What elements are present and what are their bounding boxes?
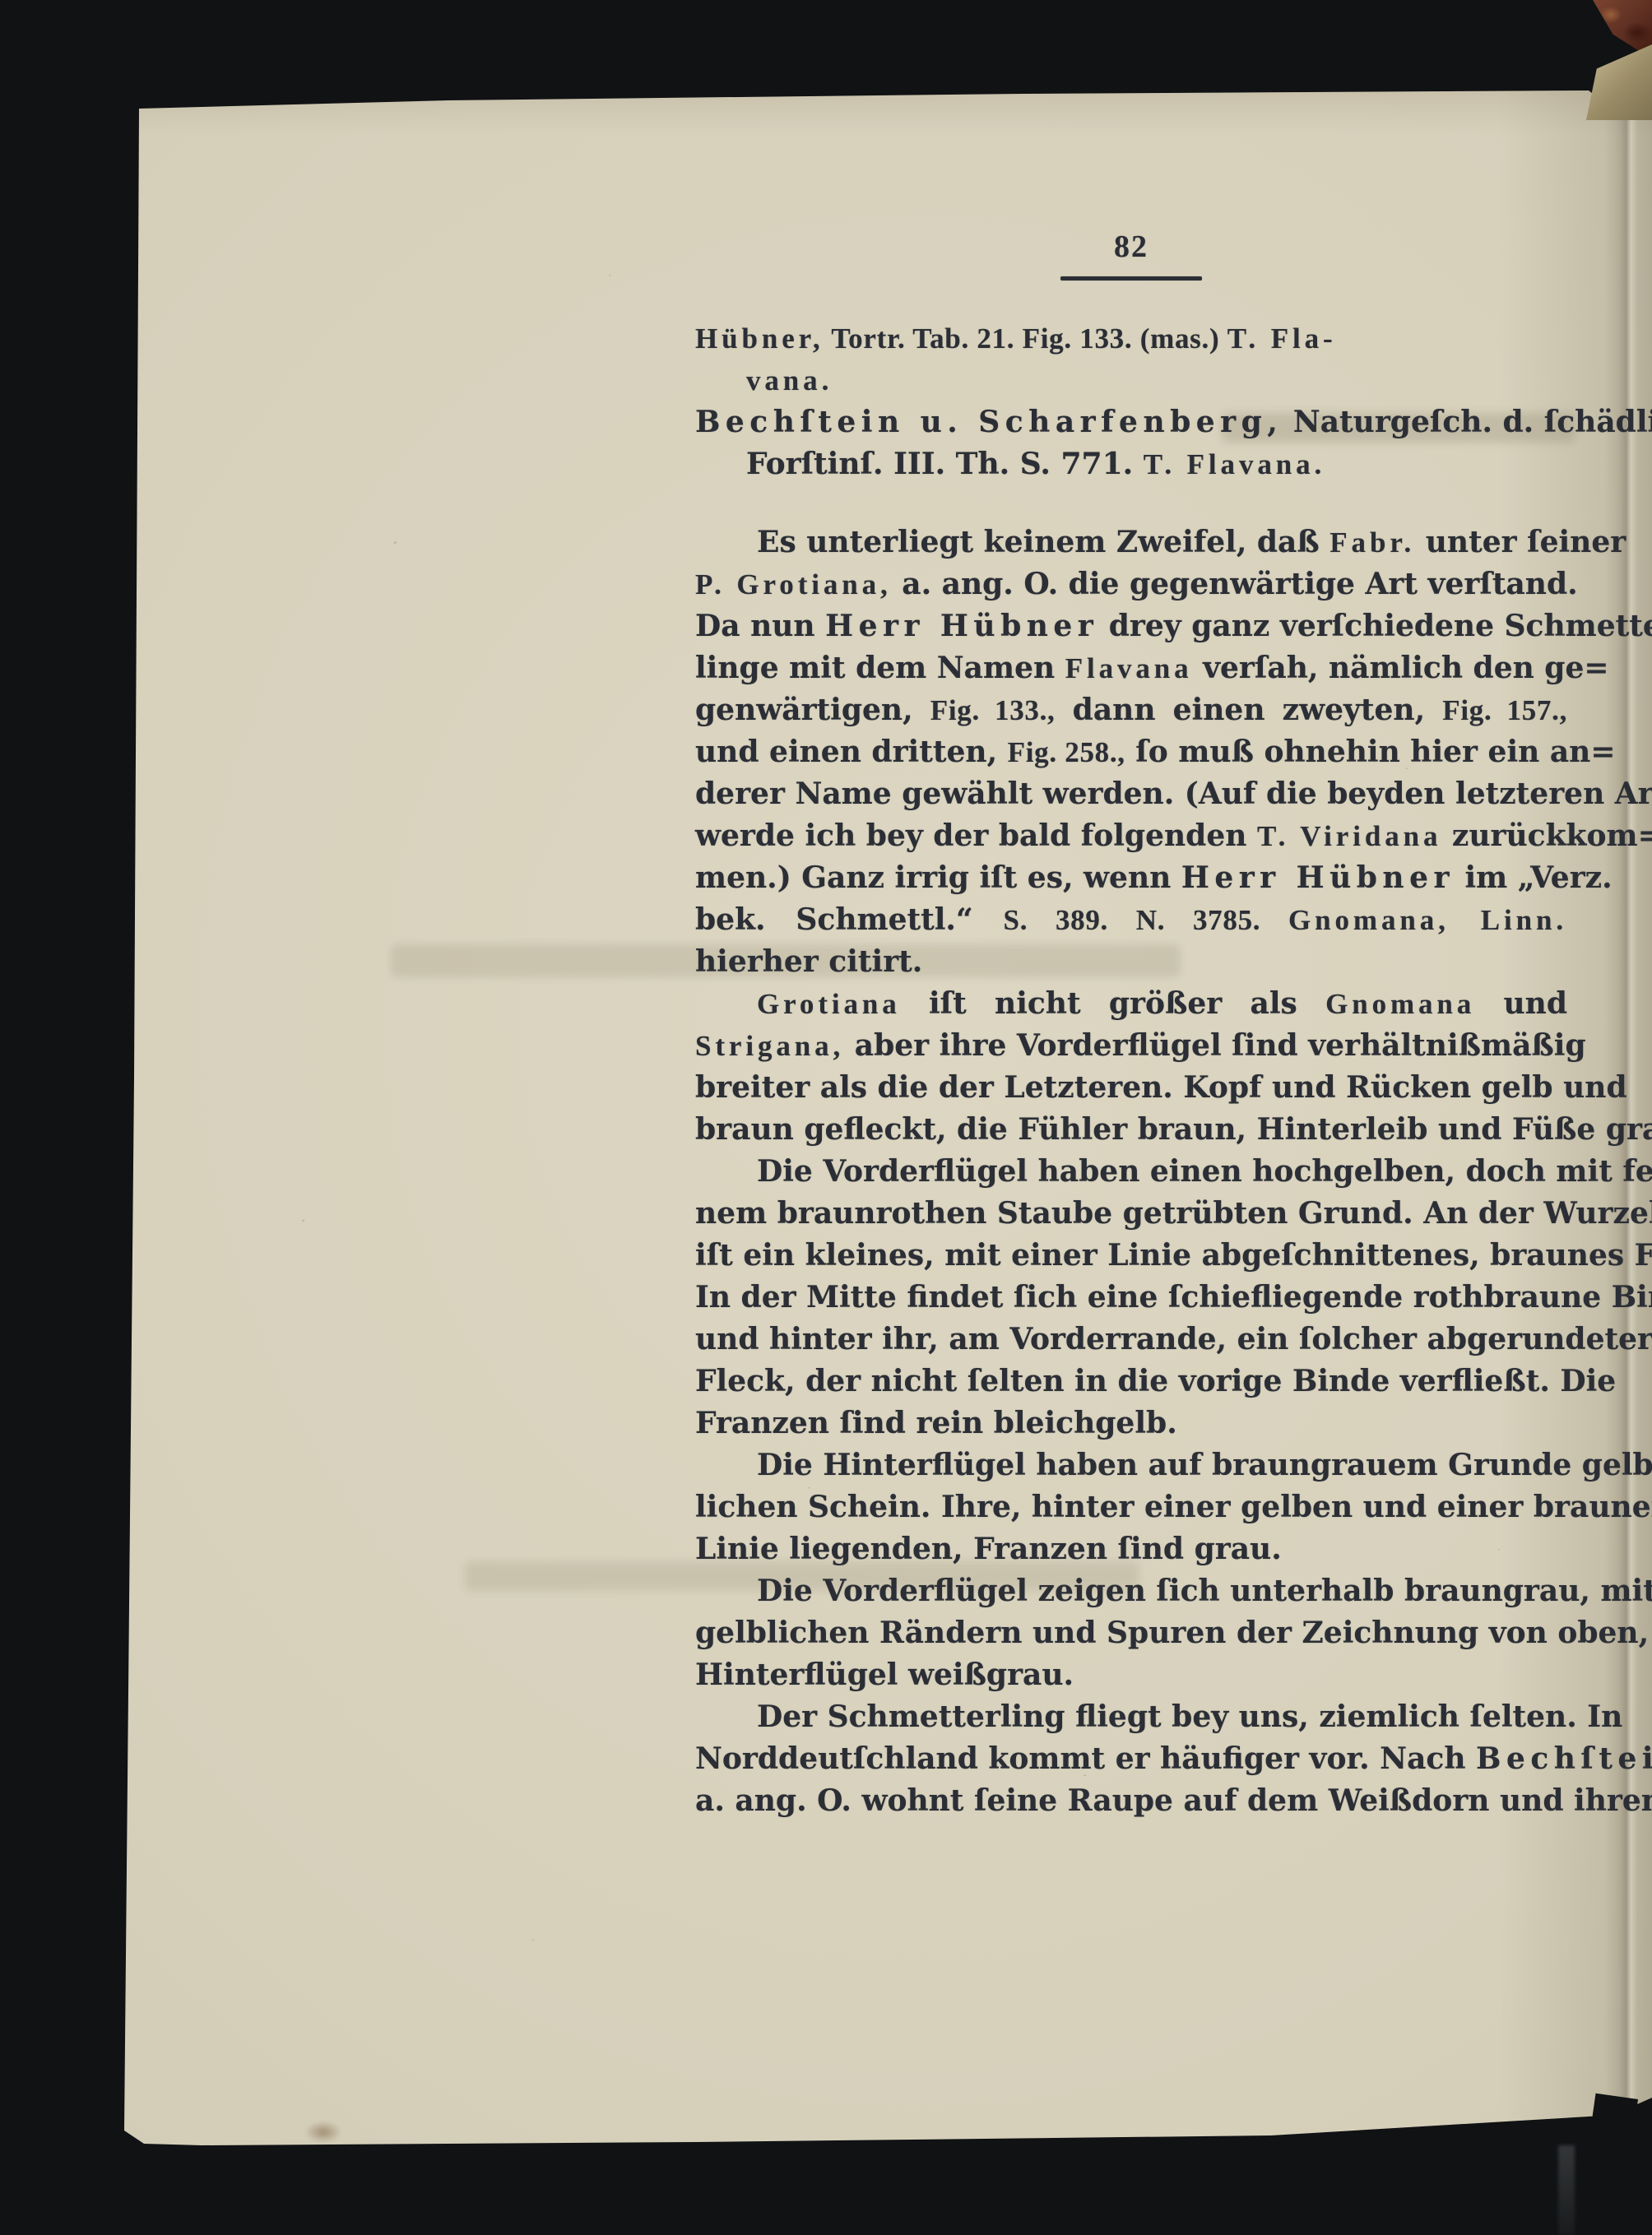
text-line: gelblichen Rändern und Spuren der Zeichn…	[695, 1612, 1567, 1654]
page-number: 82	[1114, 230, 1149, 264]
text-line: und einen dritten, Fig. 258., ſo muß ohn…	[695, 731, 1567, 773]
text-segment: S. 389. N. 3785.	[1004, 904, 1288, 936]
text-segment: nem braunrothen Staube getrübten Grund. …	[695, 1196, 1652, 1231]
text-segment: Es unterliegt keinem Zweifel, daß	[757, 525, 1329, 559]
text-line: Norddeutſchland kommt er häufiger vor. N…	[695, 1738, 1567, 1780]
text-line: Die Vorderflügel zeigen ſich unterhalb b…	[695, 1570, 1567, 1612]
text-segment: Bechſtein,	[1476, 1741, 1652, 1776]
text-segment: linge mit dem Namen	[695, 651, 1065, 685]
text-line: lichen Schein. Ihre, hinter einer gelben…	[695, 1486, 1567, 1528]
text-segment: werde ich bey der bald folgenden	[695, 818, 1257, 853]
text-segment: braun gefleckt, die Fühler braun, Hinter…	[695, 1112, 1652, 1147]
text-line: Hübner, Tortr. Tab. 21. Fig. 133. (mas.)…	[695, 318, 1567, 359]
text-segment: Herr Hübner	[825, 609, 1098, 643]
reference-header: Hübner, Tortr. Tab. 21. Fig. 133. (mas.)…	[695, 318, 1567, 485]
text-segment: Naturgeſch. d. ſchädlichen	[1283, 405, 1652, 439]
text-segment: derer Name gewählt werden. (Auf die beyd…	[695, 777, 1652, 811]
text-line: Bechſtein u. Scharfenberg, Naturgeſch. d…	[695, 401, 1567, 443]
text-segment: P. Grotiana,	[695, 568, 892, 600]
text-segment: Hübner,	[695, 322, 824, 355]
fore-edge-wedge	[1586, 44, 1652, 120]
text-line: Franzen ſind rein bleichgelb.	[695, 1403, 1567, 1444]
page-paper: 82 Hübner, Tortr. Tab. 21. Fig. 133. (ma…	[119, 90, 1652, 2145]
text-line: Da nun Herr Hübner drey ganz verſchieden…	[695, 605, 1567, 647]
text-segment: aber ihre Vorderflügel ſind verhältnißmä…	[844, 1028, 1585, 1063]
bottom-page-streak	[1558, 2145, 1575, 2235]
text-segment: Die Vorderflügel haben einen hochgelben,…	[757, 1154, 1652, 1189]
text-line: Fleck, der nicht ſelten in die vorige Bi…	[695, 1361, 1567, 1403]
text-line: werde ich bey der bald folgenden T. Viri…	[695, 815, 1567, 857]
text-segment: iſt nicht größer als	[901, 986, 1325, 1021]
text-segment: iſt ein kleines, mit einer Linie abgeſch…	[695, 1238, 1652, 1273]
text-segment: hierher citirt.	[695, 944, 922, 979]
text-line: und hinter ihr, am Vorderrande, ein ſolc…	[695, 1319, 1567, 1361]
text-segment: Der Schmetterling fliegt bey uns, ziemli…	[757, 1699, 1622, 1734]
text-segment: und	[1475, 986, 1567, 1021]
text-line: genwärtigen, Fig. 133., dann einen zweyt…	[695, 689, 1567, 731]
text-segment: Norddeutſchland kommt er häufiger vor. N…	[695, 1741, 1476, 1776]
text-segment: Die Hinterflügel haben auf braungrauem G…	[757, 1448, 1652, 1482]
text-segment: gelblichen Rändern und Spuren der Zeichn…	[695, 1616, 1652, 1650]
scanned-book-page: { "colors":{"paper":"#d7d1bc","ink":"#2b…	[0, 0, 1652, 2235]
text-segment: T. Fla-	[1227, 322, 1337, 355]
text-line: iſt ein kleines, mit einer Linie abgeſch…	[695, 1235, 1567, 1277]
text-line: Die Hinterflügel haben auf braungrauem G…	[695, 1444, 1567, 1486]
text-segment: Linie liegenden, Franzen ſind grau.	[695, 1532, 1282, 1566]
text-segment: Die Vorderflügel zeigen ſich unterhalb b…	[757, 1574, 1652, 1608]
text-line: vana.	[695, 359, 1567, 401]
text-segment: lichen Schein. Ihre, hinter einer gelben…	[695, 1490, 1652, 1524]
text-segment: ſo muß ohnehin hier ein an=	[1125, 735, 1616, 769]
text-line: P. Grotiana, a. ang. O. die gegenwärtige…	[695, 563, 1567, 605]
text-segment: breiter als die der Letzteren. Kopf und …	[695, 1070, 1627, 1105]
gutter-shadow-notch	[1587, 2094, 1638, 2161]
text-segment: Forſtinſ. III. Th. S. 771.	[746, 447, 1144, 481]
text-segment: dann einen zweyten,	[1056, 693, 1443, 727]
text-line: Der Schmetterling fliegt bey uns, ziemli…	[695, 1696, 1567, 1738]
text-segment: Fabr.	[1329, 526, 1415, 559]
text-line: Grotiana iſt nicht größer als Gnomana un…	[695, 983, 1567, 1025]
text-segment: und hinter ihr, am Vorderrande, ein ſolc…	[695, 1322, 1652, 1356]
text-line: Es unterliegt keinem Zweifel, daß Fabr. …	[695, 522, 1567, 563]
text-line: Hinterflügel weißgrau.	[695, 1654, 1567, 1696]
text-segment: im „Verz.	[1455, 860, 1613, 895]
text-line: In der Mitte findet ſich eine ſchieflieg…	[695, 1277, 1567, 1319]
text-segment: T. Viridana	[1257, 820, 1441, 852]
text-segment: a. ang. O. wohnt ſeine Raupe auf dem Wei…	[695, 1783, 1652, 1818]
text-segment: Fig. 157.,	[1442, 694, 1567, 726]
text-segment: drey ganz verſchiedene Schmetter=	[1098, 609, 1652, 643]
text-line: Forſtinſ. III. Th. S. 771. T. Flavana.	[695, 443, 1567, 485]
text-line: breiter als die der Letzteren. Kopf und …	[695, 1067, 1567, 1109]
text-segment: Gnomana, Linn.	[1288, 904, 1567, 936]
text-segment: Franzen ſind rein bleichgelb.	[695, 1406, 1177, 1440]
text-segment: Strigana,	[695, 1030, 844, 1062]
text-segment: Tortr. Tab. 21. Fig. 133. (mas.)	[824, 322, 1227, 355]
text-line: braun gefleckt, die Fühler braun, Hinter…	[695, 1109, 1567, 1151]
text-segment: und einen dritten,	[695, 735, 1008, 769]
text-segment: Grotiana	[757, 988, 901, 1020]
body-text: Es unterliegt keinem Zweifel, daß Fabr. …	[695, 522, 1567, 1822]
text-segment: Da nun	[695, 609, 825, 643]
text-segment: a. ang. O. die gegenwärtige Art verſtand…	[892, 567, 1578, 601]
text-segment: Fleck, der nicht ſelten in die vorige Bi…	[695, 1364, 1616, 1398]
text-segment: Flavana	[1065, 652, 1193, 684]
text-segment: In der Mitte findet ſich eine ſchieflieg…	[695, 1280, 1652, 1315]
text-segment: genwärtigen,	[695, 693, 930, 727]
text-segment: unter ſeiner	[1415, 525, 1626, 559]
text-line: a. ang. O. wohnt ſeine Raupe auf dem Wei…	[695, 1780, 1567, 1822]
text-line: hierher citirt.	[695, 941, 1567, 983]
text-segment: Gnomana	[1325, 988, 1475, 1020]
text-segment: Bechſtein u. Scharfenberg,	[695, 405, 1283, 439]
text-segment: verſah, nämlich den ge=	[1193, 651, 1609, 685]
text-line: Die Vorderflügel haben einen hochgelben,…	[695, 1151, 1567, 1193]
text-line: derer Name gewählt werden. (Auf die beyd…	[695, 773, 1567, 815]
text-segment: vana.	[746, 364, 833, 396]
text-segment: Fig. 258.,	[1008, 736, 1125, 768]
text-segment: men.) Ganz irrig iſt es, wenn	[695, 860, 1181, 895]
text-line: nem braunrothen Staube getrübten Grund. …	[695, 1193, 1567, 1235]
page-number-wrap: 82	[695, 229, 1567, 265]
printed-text-layer: 82 Hübner, Tortr. Tab. 21. Fig. 133. (ma…	[119, 90, 1652, 2145]
text-segment: Herr Hübner	[1181, 860, 1455, 895]
page-number-rule	[1060, 276, 1202, 281]
text-line: Linie liegenden, Franzen ſind grau.	[695, 1528, 1567, 1570]
text-segment: Fig. 133.,	[930, 694, 1056, 726]
text-segment: bek. Schmettl.“	[695, 902, 1004, 937]
text-segment: zurückkom=	[1441, 818, 1652, 853]
text-line: Strigana, aber ihre Vorderflügel ſind ve…	[695, 1025, 1567, 1067]
text-line: men.) Ganz irrig iſt es, wenn Herr Hübne…	[695, 857, 1567, 899]
text-line: linge mit dem Namen Flavana verſah, näml…	[695, 647, 1567, 689]
text-line: bek. Schmettl.“ S. 389. N. 3785. Gnomana…	[695, 899, 1567, 941]
text-segment: T. Flavana.	[1144, 448, 1325, 480]
text-segment: Hinterflügel weißgrau.	[695, 1658, 1074, 1692]
